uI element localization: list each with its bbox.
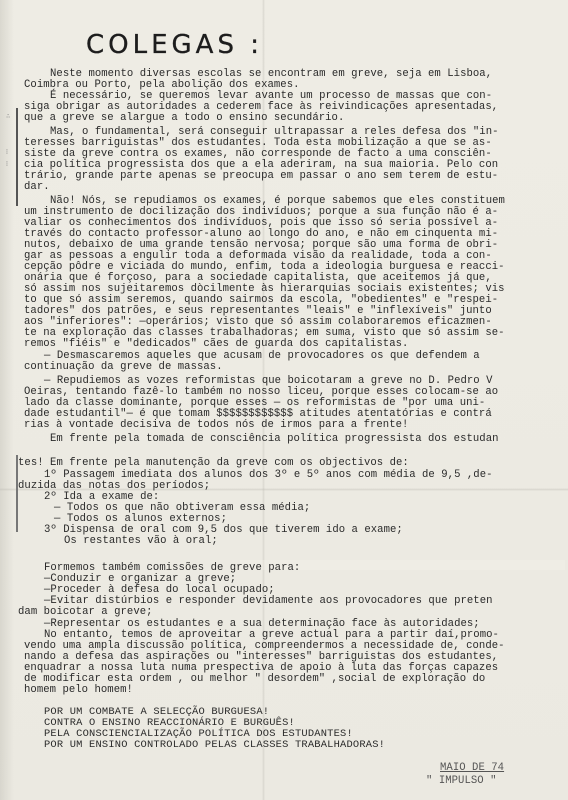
signature-group: " IMPULSO " bbox=[426, 776, 496, 787]
slogan: POR UM ENSINO CONTROLADO PELAS CLASSES T… bbox=[44, 740, 385, 751]
objective-item: Os restantes vão à oral; bbox=[64, 536, 218, 547]
text-line: rias à vontade decisiva de todos nós de … bbox=[24, 420, 408, 431]
signature-date: MAIO DE 74 bbox=[440, 763, 504, 774]
document-body: Neste momento diversas escolas se encont… bbox=[0, 0, 568, 800]
text-line: que a greve se alargue a todo o ensino s… bbox=[24, 113, 344, 124]
text-line: homem pelo homem! bbox=[24, 685, 133, 696]
text-line: dar. bbox=[24, 182, 50, 193]
text-line: remos "fiéis" e "dedicados" cães de guar… bbox=[24, 339, 408, 350]
text-line: trário, grande parte apenas se preocupa … bbox=[24, 171, 498, 182]
text-line: continuação da greve de massas. bbox=[24, 362, 223, 373]
text-line: tes! Em frente pela manutenção da greve … bbox=[18, 458, 409, 469]
text-line: Em frente pela tomada de consciência pol… bbox=[50, 434, 499, 445]
commission-item: dam boicotar a greve; bbox=[18, 607, 153, 618]
